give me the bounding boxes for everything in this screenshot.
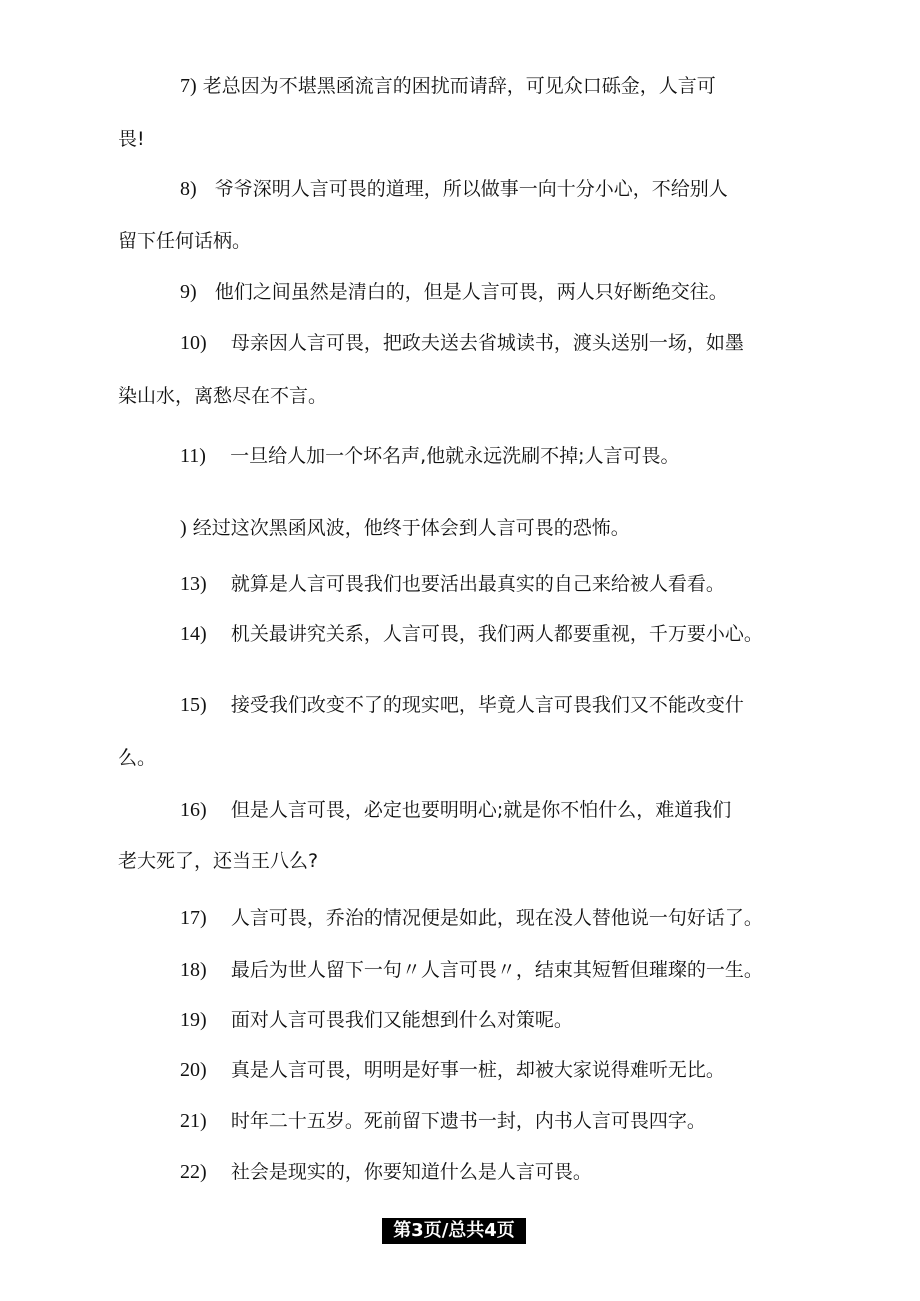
item-number: 15) bbox=[180, 694, 207, 716]
list-item-15-continued: 么。 bbox=[118, 746, 156, 770]
item-text: 一旦给人加一个坏名声,他就永远洗刷不掉;人言可畏。 bbox=[230, 445, 679, 467]
item-number: 20) bbox=[180, 1059, 207, 1081]
item-text: 爷爷深明人言可畏的道理，所以做事一向十分小心，不给别人 bbox=[215, 178, 728, 200]
item-text: 老总因为不堪黑函流言的困扰而请辞，可见众口砾金，人言可 bbox=[203, 75, 716, 97]
item-text: 他们之间虽然是清白的，但是人言可畏，两人只好断绝交往。 bbox=[215, 281, 728, 303]
list-item-16: 16) 但是人言可畏，必定也要明明心;就是你不怕什么，难道我们 bbox=[180, 798, 731, 822]
item-text: 机关最讲究关系，人言可畏，我们两人都要重视，千万要小心。 bbox=[231, 623, 763, 645]
item-number: 18) bbox=[180, 959, 207, 981]
list-item-11: 11) 一旦给人加一个坏名声,他就永远洗刷不掉;人言可畏。 bbox=[180, 444, 680, 468]
list-item-15: 15) 接受我们改变不了的现实吧，毕竟人言可畏我们又不能改变什 bbox=[180, 693, 744, 717]
item-number: 16) bbox=[180, 799, 207, 821]
item-number: 17) bbox=[180, 907, 207, 929]
list-item-21: 21) 时年二十五岁。死前留下遗书一封，内书人言可畏四字。 bbox=[180, 1109, 706, 1133]
list-item-12: ) 经过这次黑函风波，他终于体会到人言可畏的恐怖。 bbox=[180, 516, 630, 540]
item-number: 7) bbox=[180, 75, 197, 97]
item-text: 母亲因人言可畏，把政夫送去省城读书，渡头送别一场，如墨 bbox=[231, 332, 744, 354]
item-number: 22) bbox=[180, 1161, 207, 1183]
list-item-18: 18) 最后为世人留下一句〃人言可畏〃，结束其短暂但璀璨的一生。 bbox=[180, 958, 763, 982]
list-item-14: 14) 机关最讲究关系，人言可畏，我们两人都要重视，千万要小心。 bbox=[180, 622, 763, 646]
page-number-footer: 第3页/总共4页 bbox=[382, 1218, 526, 1244]
item-text: 就算是人言可畏我们也要活出最真实的自己来给被人看看。 bbox=[231, 573, 725, 595]
list-item-22: 22) 社会是现实的，你要知道什么是人言可畏。 bbox=[180, 1160, 592, 1184]
item-text: 经过这次黑函风波，他终于体会到人言可畏的恐怖。 bbox=[193, 517, 630, 539]
item-text: 最后为世人留下一句〃人言可畏〃，结束其短暂但璀璨的一生。 bbox=[231, 959, 763, 981]
item-text: 人言可畏，乔治的情况便是如此，现在没人替他说一句好话了。 bbox=[231, 907, 763, 929]
list-item-7: 7) 老总因为不堪黑函流言的困扰而请辞，可见众口砾金，人言可 bbox=[180, 74, 716, 98]
item-number: 21) bbox=[180, 1110, 207, 1132]
item-number: 9) bbox=[180, 281, 197, 303]
item-text: 真是人言可畏，明明是好事一桩，却被大家说得难听无比。 bbox=[231, 1059, 725, 1081]
item-text: 时年二十五岁。死前留下遗书一封，内书人言可畏四字。 bbox=[231, 1110, 706, 1132]
item-text: 但是人言可畏，必定也要明明心;就是你不怕什么，难道我们 bbox=[231, 799, 731, 821]
item-text: 面对人言可畏我们又能想到什么对策呢。 bbox=[231, 1009, 573, 1031]
item-number: 13) bbox=[180, 573, 207, 595]
item-number: ) bbox=[180, 517, 187, 539]
item-number: 19) bbox=[180, 1009, 207, 1031]
list-item-19: 19) 面对人言可畏我们又能想到什么对策呢。 bbox=[180, 1008, 573, 1032]
list-item-9: 9) 他们之间虽然是清白的，但是人言可畏，两人只好断绝交往。 bbox=[180, 280, 728, 304]
item-number: 14) bbox=[180, 623, 207, 645]
list-item-13: 13) 就算是人言可畏我们也要活出最真实的自己来给被人看看。 bbox=[180, 572, 725, 596]
item-text: 接受我们改变不了的现实吧，毕竟人言可畏我们又不能改变什 bbox=[231, 694, 744, 716]
item-text: 社会是现实的，你要知道什么是人言可畏。 bbox=[231, 1161, 592, 1183]
item-number: 8) bbox=[180, 178, 197, 200]
list-item-10: 10) 母亲因人言可畏，把政夫送去省城读书，渡头送别一场，如墨 bbox=[180, 331, 744, 355]
list-item-10-continued: 染山水，离愁尽在不言。 bbox=[118, 384, 327, 408]
list-item-7-continued: 畏! bbox=[118, 127, 145, 151]
item-number: 11) bbox=[180, 445, 206, 467]
list-item-8: 8) 爷爷深明人言可畏的道理，所以做事一向十分小心，不给别人 bbox=[180, 177, 728, 201]
list-item-17: 17) 人言可畏，乔治的情况便是如此，现在没人替他说一句好话了。 bbox=[180, 906, 763, 930]
item-number: 10) bbox=[180, 332, 207, 354]
list-item-20: 20) 真是人言可畏，明明是好事一桩，却被大家说得难听无比。 bbox=[180, 1058, 725, 1082]
list-item-8-continued: 留下任何话柄。 bbox=[118, 229, 251, 253]
list-item-16-continued: 老大死了，还当王八么? bbox=[118, 849, 318, 873]
